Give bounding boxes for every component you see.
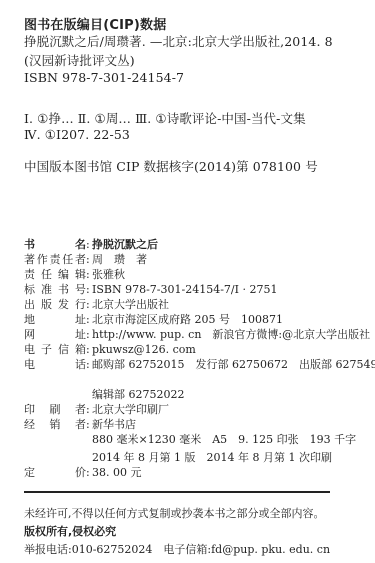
info-value: http://www. pup. cn 新浪官方微博:@北京大学出版社	[92, 327, 370, 342]
info-value: pkuwsz@126. com	[92, 342, 196, 357]
info-row-editor: 责任编辑:张雅秋	[24, 267, 125, 282]
info-value: 周 瓒 著	[92, 252, 147, 267]
info-value: 38. 00 元	[92, 465, 141, 480]
info-value: 北京大学印刷厂	[92, 402, 169, 417]
info-value: 挣脱沉默之后	[92, 237, 158, 252]
info-row-phone-editorial: 编辑部 62752022	[92, 387, 185, 402]
info-label: 定价	[24, 465, 86, 480]
info-row-phone: 电话:邮购部 62752015 发行部 62750672 出版部 6275496…	[24, 357, 375, 372]
info-value: ISBN 978-7-301-24154-7/I · 2751	[92, 282, 277, 297]
cip-title: 图书在版编目(CIP)数据	[24, 14, 166, 33]
copyright-notice: 未经许可,不得以任何方式复制或抄袭本书之部分或全部内容。	[24, 505, 325, 521]
info-label: 书名	[24, 237, 86, 252]
info-row-website: 网址:http://www. pup. cn 新浪官方微博:@北京大学出版社	[24, 327, 370, 342]
cip-line-title-author: 挣脱沉默之后/周瓒著. —北京:北京大学出版社,2014. 8	[24, 32, 333, 50]
cip-library-note: 中国版本图书馆 CIP 数据核字(2014)第 078100 号	[24, 157, 318, 175]
info-row-isbn: 标准书号:ISBN 978-7-301-24154-7/I · 2751	[24, 282, 277, 297]
info-row-publisher: 出版发行:北京大学出版社	[24, 297, 169, 312]
info-label: 出版发行	[24, 297, 86, 312]
info-value: 张雅秋	[92, 267, 125, 282]
info-label: 标准书号	[24, 282, 86, 297]
info-row-edition: 2014 年 8 月第 1 版 2014 年 8 月第 1 次印刷	[92, 450, 332, 465]
cip-line-isbn: ISBN 978-7-301-24154-7	[24, 70, 184, 85]
info-label: 责任编辑	[24, 267, 86, 282]
report-contact: 举报电话:010-62752024 电子信箱:fd@pup. pku. edu.…	[24, 541, 330, 557]
info-row-printer: 印刷者:北京大学印刷厂	[24, 402, 169, 417]
info-label: 著作责任者	[24, 252, 86, 267]
cip-classification-1: Ⅰ. ①挣… Ⅱ. ①周… Ⅲ. ①诗歌评论-中国-当代-文集	[24, 109, 306, 127]
info-row-author: 著作责任者:周 瓒 著	[24, 252, 147, 267]
info-row-format: 880 毫米×1230 毫米 A5 9. 125 印张 193 千字	[92, 432, 356, 447]
info-row-price: 定价:38. 00 元	[24, 465, 141, 480]
cip-line-series: (汉园新诗批评文丛)	[24, 51, 135, 69]
info-label: 电子信箱	[24, 342, 86, 357]
info-value: 北京市海淀区成府路 205 号 100871	[92, 312, 283, 327]
info-label: 电话	[24, 357, 86, 372]
info-value: 北京大学出版社	[92, 297, 169, 312]
info-row-book-title: 书名:挣脱沉默之后	[24, 237, 158, 252]
info-label: 网址	[24, 327, 86, 342]
divider-rule	[24, 491, 330, 493]
info-value: 邮购部 62752015 发行部 62750672 出版部 62754962	[92, 357, 375, 372]
info-row-distributor: 经销者:新华书店	[24, 417, 136, 432]
info-row-email: 电子信箱:pkuwsz@126. com	[24, 342, 196, 357]
rights-reserved: 版权所有,侵权必究	[24, 523, 116, 539]
info-label: 地址	[24, 312, 86, 327]
info-label: 经销者	[24, 417, 86, 432]
info-label: 印刷者	[24, 402, 86, 417]
cip-classification-2: Ⅳ. ①I207. 22-53	[24, 127, 130, 142]
info-value: 新华书店	[92, 417, 136, 432]
info-row-address: 地址:北京市海淀区成府路 205 号 100871	[24, 312, 283, 327]
